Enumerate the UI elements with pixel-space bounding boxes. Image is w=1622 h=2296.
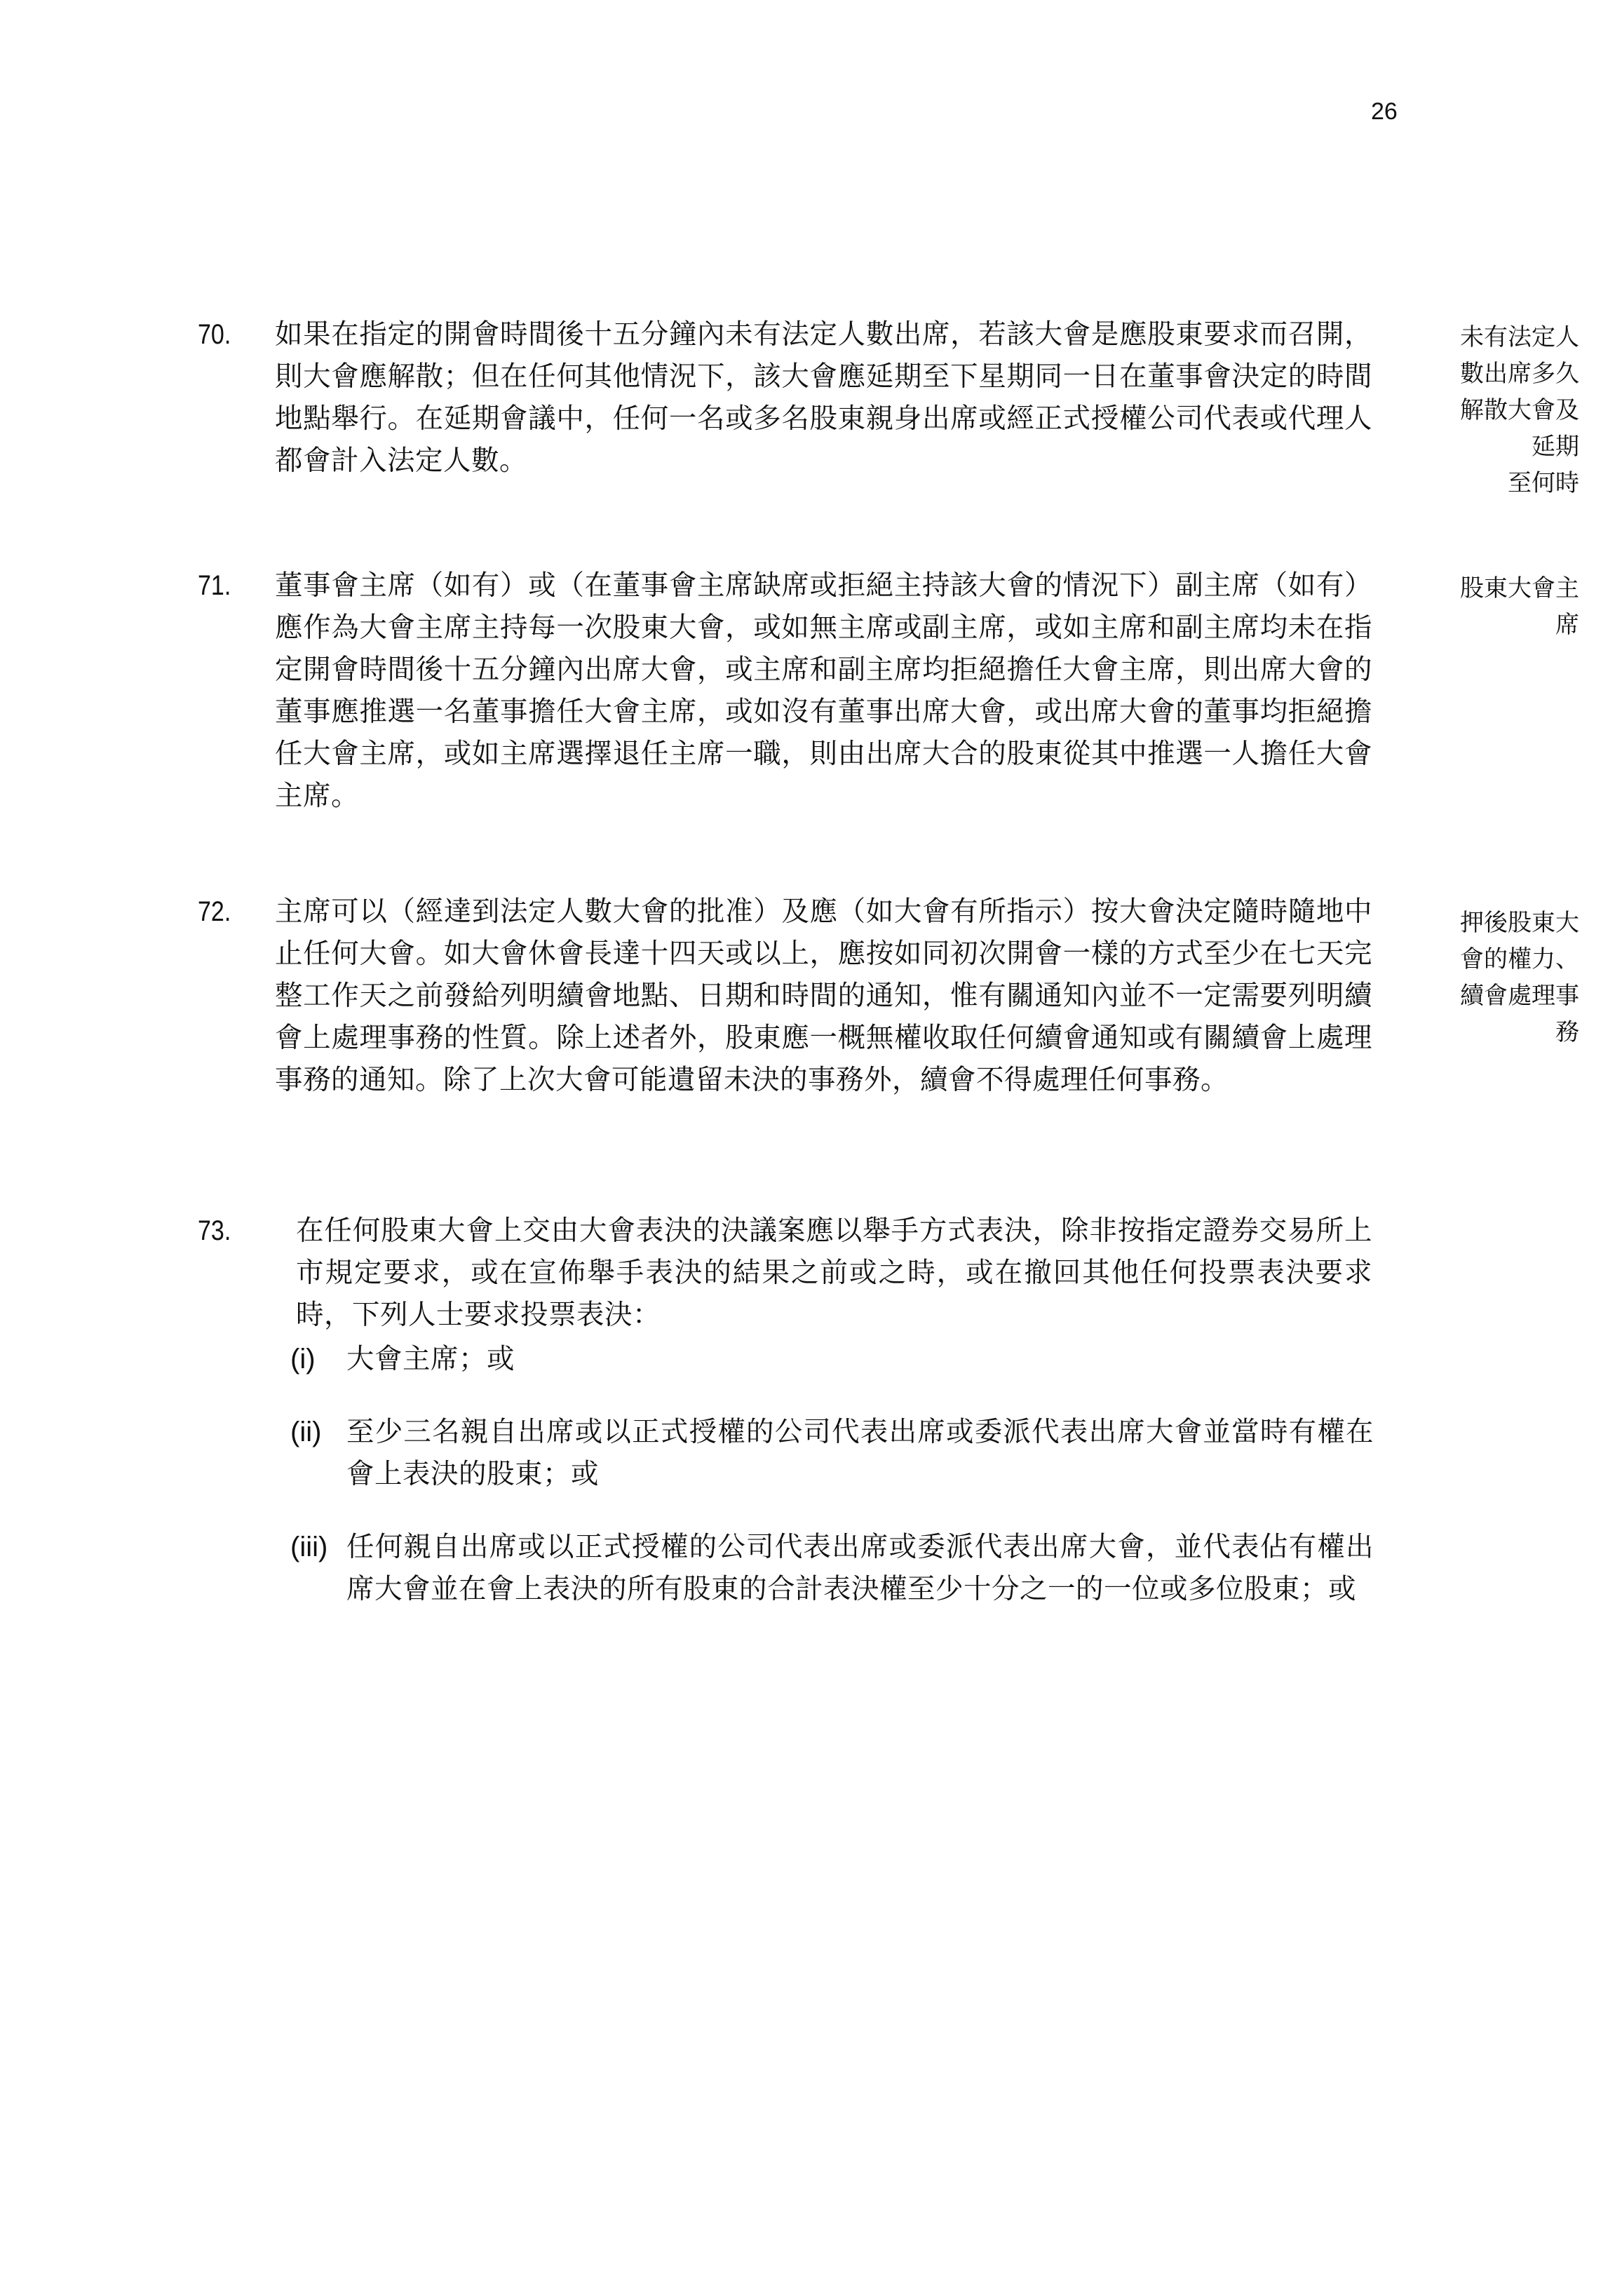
sub-item-marker: (ii) <box>290 1411 321 1453</box>
article-text: 主席可以（經達到法定人數大會的批准）及應（如大會有所指示）按大會決定隨時隨地中止… <box>275 891 1372 1101</box>
page-number: 26 <box>1371 98 1398 126</box>
article-text: 如果在指定的開會時間後十五分鐘內未有法定人數出席，若該大會是應股東要求而召開，則… <box>275 313 1372 482</box>
margin-note-line: 股東大會主 <box>1439 570 1579 607</box>
margin-note-line: 押後股東大 <box>1439 905 1579 941</box>
margin-note-line: 續會處理事 <box>1439 978 1579 1014</box>
margin-note-line: 會的權力、 <box>1439 941 1579 978</box>
sub-item-ii: (ii) 至少三名親自出席或以正式授權的公司代表出席或委派代表出席大會並當時有權… <box>290 1411 1374 1495</box>
sub-item-text: 至少三名親自出席或以正式授權的公司代表出席或委派代表出席大會並當時有權在會上表決… <box>346 1411 1374 1495</box>
margin-note-line: 解散大會及 <box>1439 392 1579 428</box>
article-number: 70. <box>198 313 231 356</box>
article-number: 72. <box>198 891 231 933</box>
article-text: 在任何股東大會上交由大會表決的決議案應以舉手方式表決，除非按指定證券交易所上市規… <box>296 1210 1372 1336</box>
sub-item-iii: (iii) 任何親自出席或以正式授權的公司代表出席或委派代表出席大會，並代表佔有… <box>290 1526 1374 1610</box>
sub-item-marker: (i) <box>290 1338 316 1380</box>
sub-item-marker: (iii) <box>290 1526 327 1568</box>
margin-note-line: 延期 <box>1439 428 1579 465</box>
article-text: 董事會主席（如有）或（在董事會主席缺席或拒絕主持該大會的情況下）副主席（如有）應… <box>275 565 1372 817</box>
margin-note-line: 數出席多久 <box>1439 356 1579 392</box>
margin-note: 股東大會主 席 <box>1439 570 1579 643</box>
margin-note-line: 席 <box>1439 607 1579 643</box>
sub-item-list: (i) 大會主席；或 (ii) 至少三名親自出席或以正式授權的公司代表出席或委派… <box>290 1338 1374 1641</box>
margin-note-line: 至何時 <box>1439 465 1579 501</box>
article-number: 73. <box>198 1210 231 1252</box>
margin-note-line: 未有法定人 <box>1439 319 1579 356</box>
sub-item-text: 任何親自出席或以正式授權的公司代表出席或委派代表出席大會，並代表佔有權出席大會並… <box>346 1526 1374 1610</box>
margin-note: 未有法定人 數出席多久 解散大會及 延期 至何時 <box>1439 319 1579 501</box>
margin-note-line: 務 <box>1439 1014 1579 1051</box>
sub-item-i: (i) 大會主席；或 <box>290 1338 1374 1380</box>
sub-item-text: 大會主席；或 <box>346 1338 1374 1380</box>
margin-note: 押後股東大 會的權力、 續會處理事 務 <box>1439 905 1579 1051</box>
article-number: 71. <box>198 565 231 607</box>
